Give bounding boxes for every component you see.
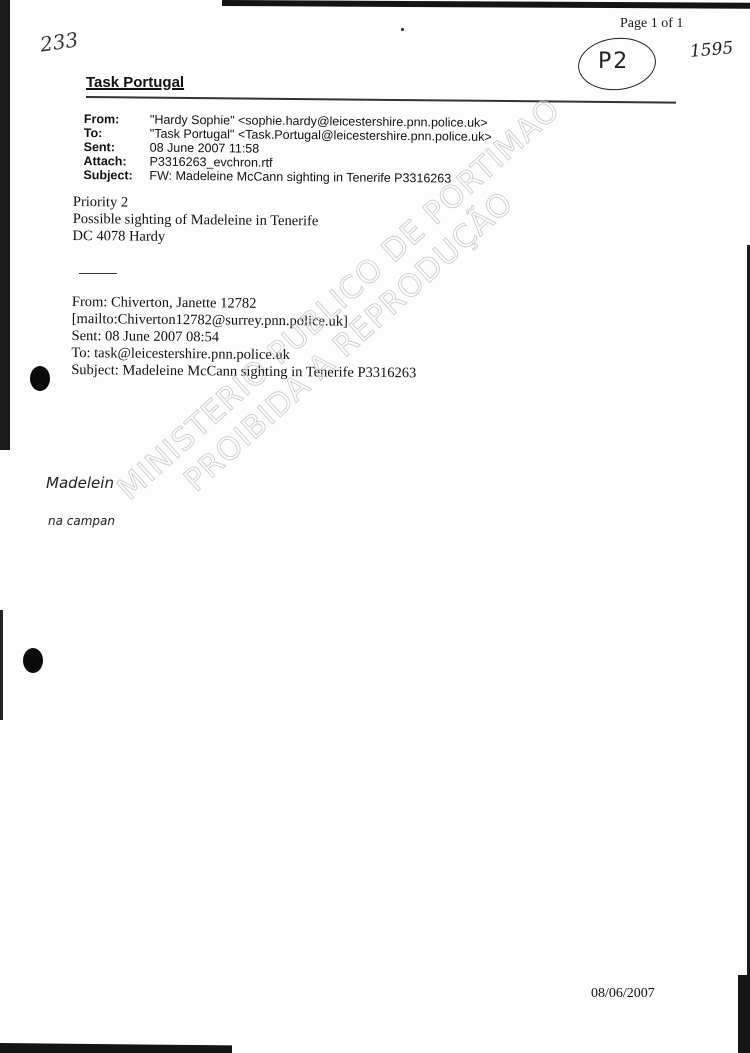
- handwritten-priority-mark: P2: [598, 49, 629, 74]
- document-title: Task Portugal: [86, 74, 184, 91]
- footer-date: 08/06/2007: [591, 986, 655, 1002]
- scan-border-left: [0, 0, 10, 450]
- attachment-filename: P3316263_evchron.rtf: [149, 155, 272, 170]
- handwritten-margin-note: na campan: [48, 514, 115, 528]
- header-label: Subject:: [83, 168, 149, 183]
- header-value: 08 June 2007 11:58: [150, 141, 260, 156]
- header-label: From:: [84, 112, 150, 127]
- header-value: FW: Madeleine McCann sighting in Tenerif…: [149, 169, 451, 186]
- punch-hole-icon: [23, 648, 43, 673]
- scan-speck: [401, 28, 404, 31]
- punch-hole-icon: [30, 366, 50, 391]
- email-header: From: "Hardy Sophie" <sophie.hardy@leice…: [83, 112, 492, 186]
- scan-border-left-lower: [0, 610, 3, 720]
- scan-border-top: [222, 0, 750, 9]
- scanned-document-page: Page 1 of 1 233 P2 1595 Task Portugal Fr…: [0, 0, 750, 1053]
- title-divider: [86, 96, 676, 103]
- scan-border-right-bottom: [738, 975, 750, 1053]
- body-line: DC 4078 Hardy: [73, 228, 319, 247]
- handwritten-page-number: 233: [39, 27, 80, 56]
- handwritten-folio-number: 1595: [689, 38, 734, 62]
- header-label: To:: [84, 126, 150, 141]
- handwritten-margin-note: Madelein: [46, 474, 114, 492]
- header-label: Sent:: [84, 140, 150, 155]
- email-body-intro: Priority 2 Possible sighting of Madelein…: [73, 194, 319, 247]
- page-number-label: Page 1 of 1: [620, 16, 683, 32]
- forward-separator: [79, 273, 117, 274]
- header-label: Attach:: [83, 154, 149, 169]
- email-header-subject: Subject: FW: Madeleine McCann sighting i…: [83, 168, 491, 186]
- scan-border-bottom: [0, 1043, 232, 1053]
